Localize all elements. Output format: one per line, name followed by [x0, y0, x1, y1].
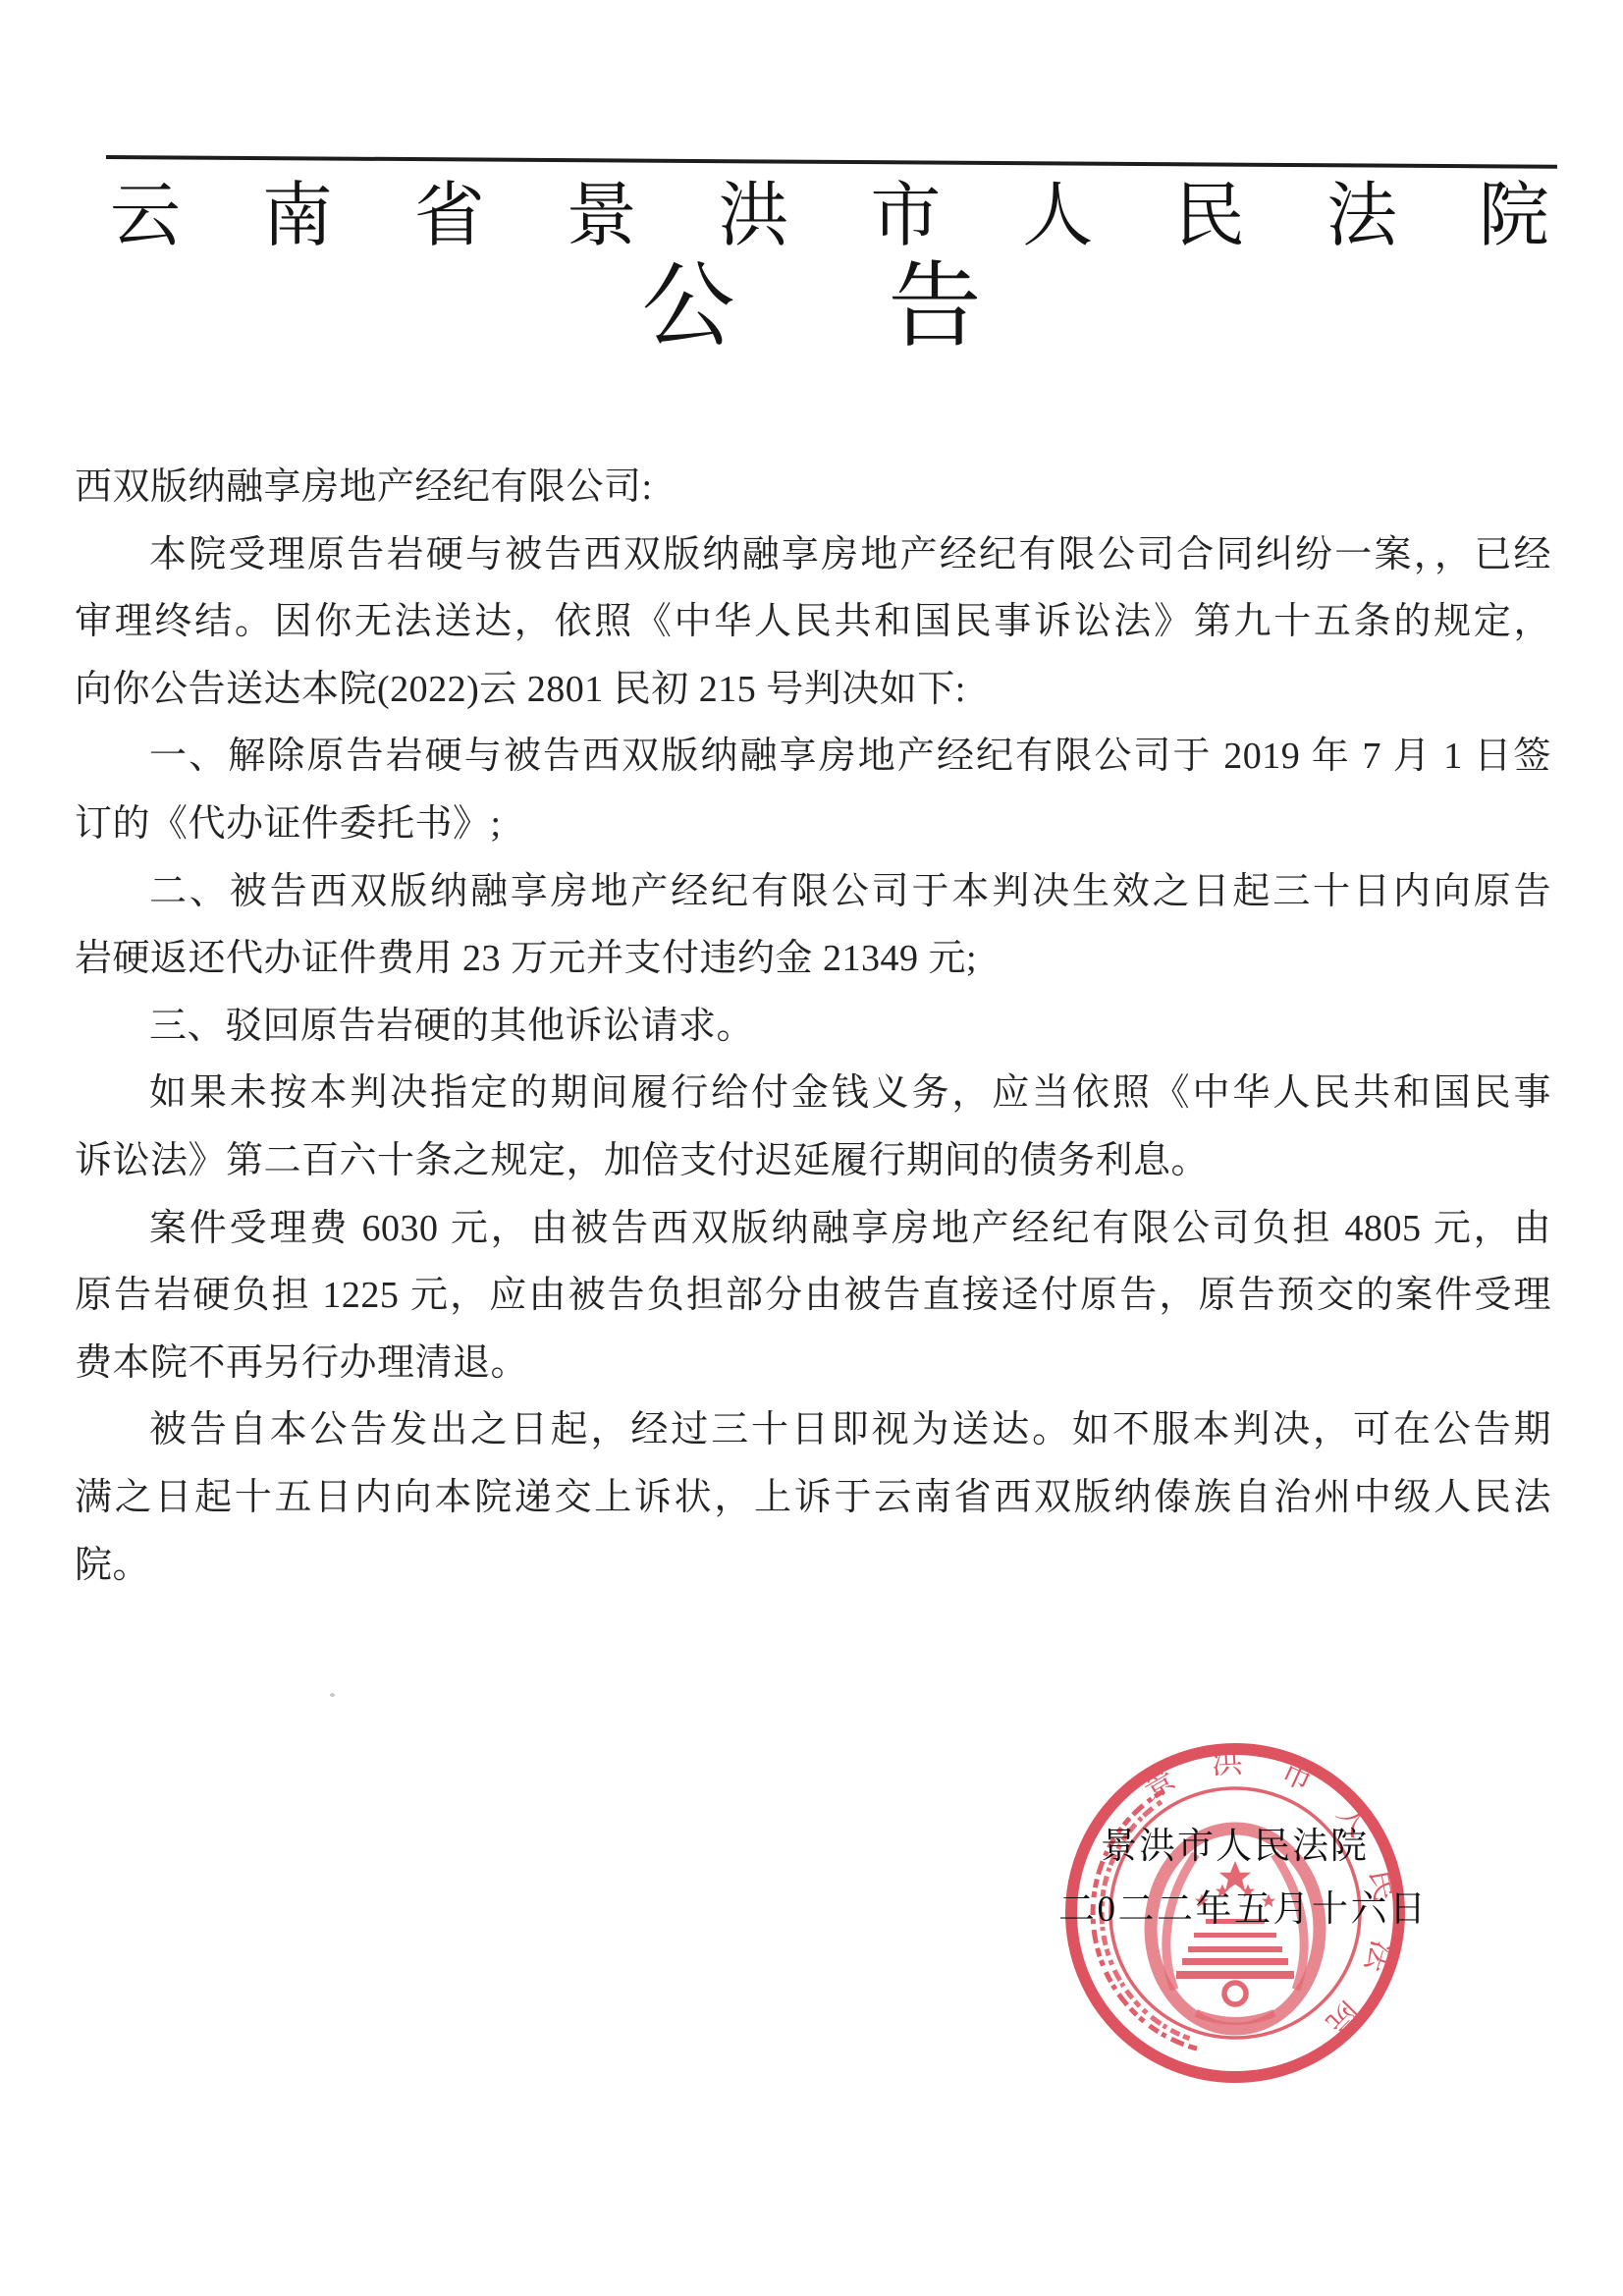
body-line-7: 岩硬返还代办证件费用 23 万元并支付违约金 21349 元;	[75, 925, 1551, 993]
signature-court-name: 景洪市人民法院	[1101, 1825, 1369, 1870]
heading-char: 告	[889, 253, 982, 359]
heading-char: 景	[567, 175, 637, 257]
heading-char: 南	[262, 175, 333, 257]
court-name-heading: 云南省景洪市人民法院	[110, 175, 1549, 257]
heading-char: 民	[1174, 175, 1245, 257]
body-line-1: 本院受理原告岩硬与被告西双版纳融享房地产经纪有限公司合同纠纷一案，，已经	[75, 521, 1551, 589]
body-line-16: 院。	[75, 1532, 1551, 1600]
document-title: 公告	[0, 253, 1623, 359]
heading-char: 云	[110, 175, 181, 257]
body-line-0: 西双版纳融享房地产经纪有限公司:	[75, 454, 1551, 521]
body-line-8: 三、驳回原告岩硬的其他诉讼请求。	[75, 993, 1551, 1061]
body-line-4: 一、解除原告岩硬与被告西双版纳融享房地产经纪有限公司于 2019 年 7 月 1…	[75, 723, 1551, 791]
body-line-11: 案件受理费 6030 元，由被告西双版纳融享房地产经纪有限公司负担 4805 元…	[75, 1195, 1551, 1263]
heading-char: 人	[1022, 175, 1093, 257]
signature-date: 二0二二年五月十六日	[1058, 1887, 1429, 1933]
heading-char: 院	[1479, 175, 1549, 257]
heading-char: 法	[1326, 175, 1397, 257]
body-line-15: 满之日起十五日内向本院递交上诉状，上诉于云南省西双版纳傣族自治州中级人民法	[75, 1464, 1551, 1532]
scan-speck	[330, 1693, 335, 1697]
heading-char: 市	[870, 175, 941, 257]
body-line-13: 费本院不再另行办理清退。	[75, 1330, 1551, 1397]
header-rule	[106, 155, 1557, 169]
body-line-14: 被告自本公告发出之日起，经过三十日即视为送达。如不服本判决，可在公告期	[75, 1396, 1551, 1464]
court-announcement-page: 云南省景洪市人民法院 公告 西双版纳融享房地产经纪有限公司: 本院受理原告岩硬与…	[0, 0, 1623, 2296]
announcement-body: 西双版纳融享房地产经纪有限公司: 本院受理原告岩硬与被告西双版纳融享房地产经纪有…	[75, 454, 1551, 1599]
heading-char: 公	[641, 253, 734, 359]
body-line-9: 如果未按本判决指定的期间履行给付金钱义务，应当依照《中华人民共和国民事	[75, 1060, 1551, 1127]
body-line-10: 诉讼法》第二百六十条之规定，加倍支付迟延履行期间的债务利息。	[75, 1127, 1551, 1195]
heading-char: 洪	[719, 175, 789, 257]
body-line-12: 原告岩硬负担 1225 元，应由被告负担部分由被告直接迳付原告，原告预交的案件受…	[75, 1262, 1551, 1330]
heading-char: 省	[414, 175, 485, 257]
body-line-2: 审理终结。因你无法送达，依照《中华人民共和国民事诉讼法》第九十五条的规定，	[75, 588, 1551, 656]
body-line-5: 订的《代办证件委托书》;	[75, 791, 1551, 858]
body-line-3: 向你公告送达本院(2022)云 2801 民初 215 号判决如下:	[75, 656, 1551, 724]
body-line-6: 二、被告西双版纳融享房地产经纪有限公司于本判决生效之日起三十日内向原告	[75, 858, 1551, 926]
